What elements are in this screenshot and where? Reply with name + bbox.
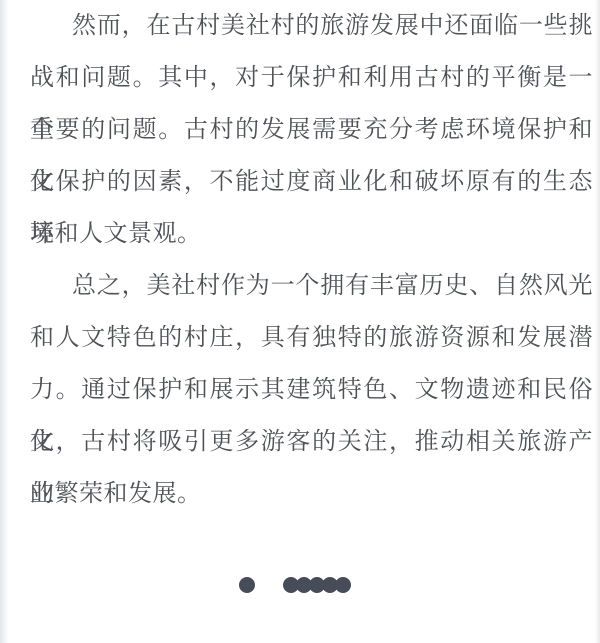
indicator-dot (335, 577, 351, 593)
page-indicator (0, 577, 595, 593)
page-right-edge-shadow (595, 0, 600, 643)
text-line: 和人文特色的村庄，具有独特的旅游资源和发展潜 (30, 312, 593, 364)
text-line: 境和人文景观。 (30, 208, 593, 260)
text-line: 重要的问题。古村的发展需要充分考虑环境保护和文 (30, 104, 593, 156)
text-line: 的繁荣和发展。 (30, 468, 593, 520)
text-line: 战和问题。其中，对于保护和利用古村的平衡是一个 (30, 52, 593, 104)
paragraph-challenges: 然而，在古村美社村的旅游发展中还面临一些挑 战和问题。其中，对于保护和利用古村的… (30, 0, 593, 260)
indicator-dot-group (283, 577, 351, 593)
paragraph-conclusion: 总之，美社村作为一个拥有丰富历史、自然风光 和人文特色的村庄，具有独特的旅游资源… (30, 260, 593, 520)
document-body: 然而，在古村美社村的旅游发展中还面临一些挑 战和问题。其中，对于保护和利用古村的… (30, 0, 593, 520)
text-line: 总之，美社村作为一个拥有丰富历史、自然风光 (30, 260, 593, 312)
text-line: 然而，在古村美社村的旅游发展中还面临一些挑 (30, 0, 593, 52)
indicator-dot (239, 577, 255, 593)
text-line: 力。通过保护和展示其建筑特色、文物遗迹和民俗文 (30, 364, 593, 416)
document-page: 然而，在古村美社村的旅游发展中还面临一些挑 战和问题。其中，对于保护和利用古村的… (0, 0, 600, 643)
text-line: 化保护的因素，不能过度商业化和破坏原有的生态环 (30, 156, 593, 208)
text-line: 化，古村将吸引更多游客的关注，推动相关旅游产业 (30, 416, 593, 468)
page-left-edge-shadow (0, 0, 9, 643)
